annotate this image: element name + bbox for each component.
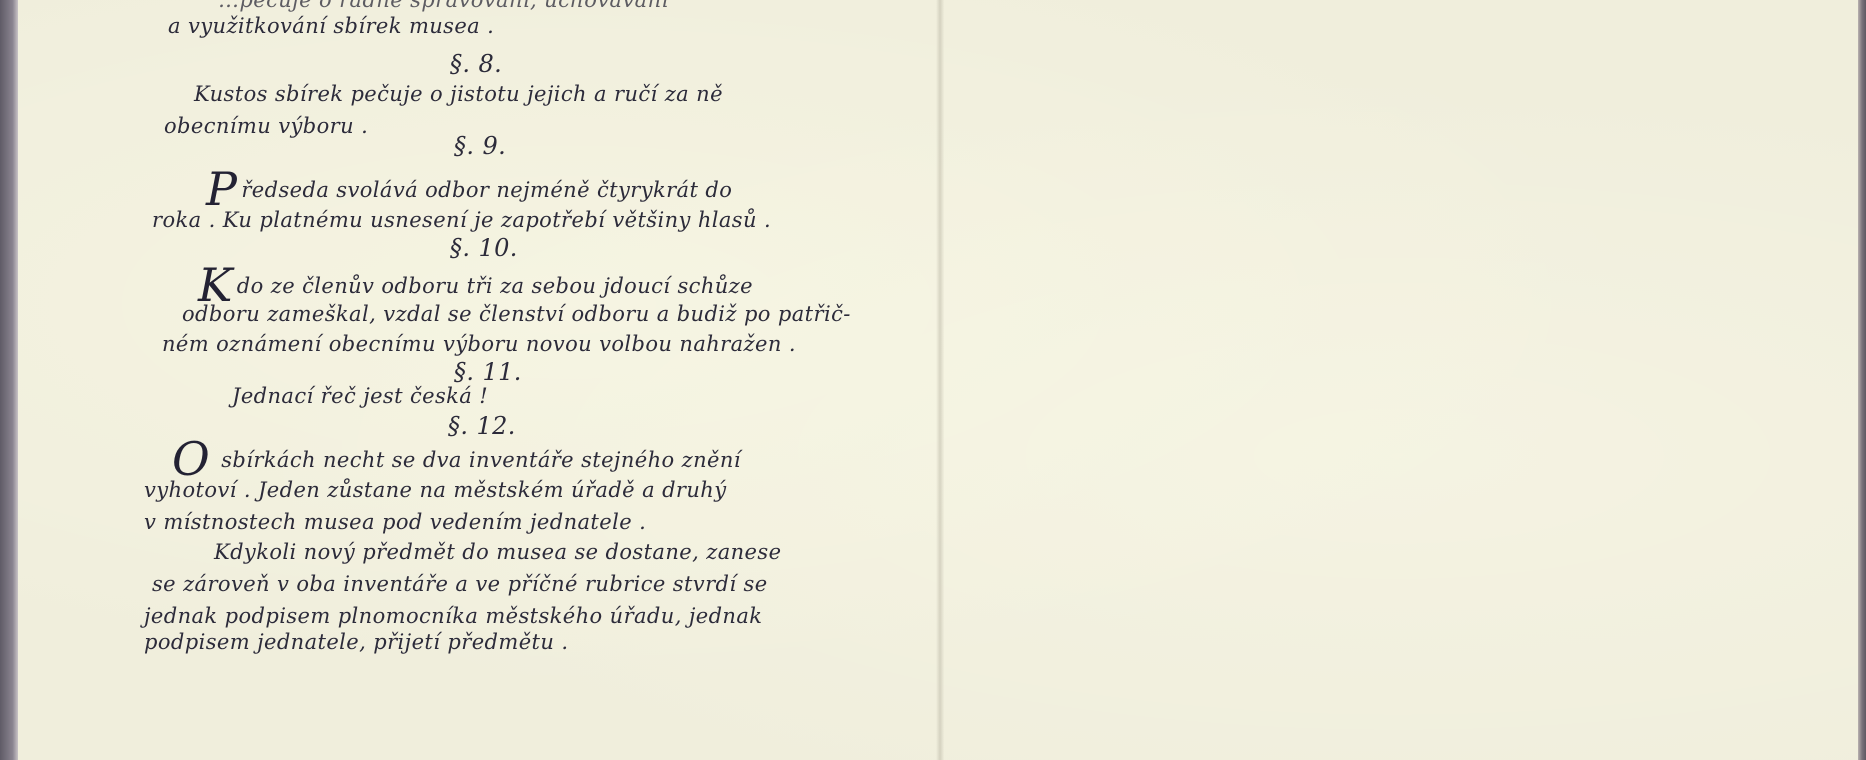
section-heading-10: §. 10. — [450, 234, 518, 262]
document-scan: …pečuje o řádné spravování, uchovávání a… — [0, 0, 1866, 760]
text-line: se zároveň v oba inventáře a ve příčné r… — [152, 572, 768, 596]
text-line: Kustos sbírek pečuje o jistotu jejich a … — [194, 82, 723, 106]
section-heading-8: §. 8. — [450, 50, 502, 78]
paragraph-line: Předseda svolává odbor nejméně čtyrykrát… — [206, 166, 732, 212]
text-line: v místnostech musea pod vedením jednatel… — [144, 510, 646, 534]
text-line: obecnímu výboru . — [164, 114, 368, 138]
text-line: odboru zameškal, vzdal se členství odbor… — [182, 302, 851, 326]
section-heading-11: §. 11. — [454, 358, 522, 386]
section-heading-9: §. 9. — [454, 132, 506, 160]
text-line: …pečuje o řádné spravování, uchovávání — [218, 0, 669, 12]
left-page: …pečuje o řádné spravování, uchovávání a… — [18, 0, 940, 760]
text-line: podpisem jednatele, přijetí předmětu . — [144, 630, 568, 654]
right-page-blank — [940, 0, 1858, 760]
text-line: Jednací řeč jest česká ! — [232, 384, 488, 408]
text-line: roka . Ku platnému usnesení je zapotřebí… — [152, 208, 771, 232]
scan-border-left — [0, 0, 18, 760]
open-book-spread: …pečuje o řádné spravování, uchovávání a… — [18, 0, 1858, 760]
text-line: Kdykoli nový předmět do musea se dostane… — [214, 540, 781, 564]
text-line: vyhotoví . Jeden zůstane na městském úřa… — [144, 478, 726, 502]
scan-border-right — [1858, 0, 1866, 760]
paragraph-line: O sbírkách necht se dva inventáře stejné… — [172, 436, 741, 482]
text-line: a využitkování sbírek musea . — [168, 14, 494, 38]
text-line: jednak podpisem plnomocníka městského úř… — [144, 604, 762, 628]
text-line: ném oznámení obecnímu výboru novou volbo… — [162, 332, 796, 356]
